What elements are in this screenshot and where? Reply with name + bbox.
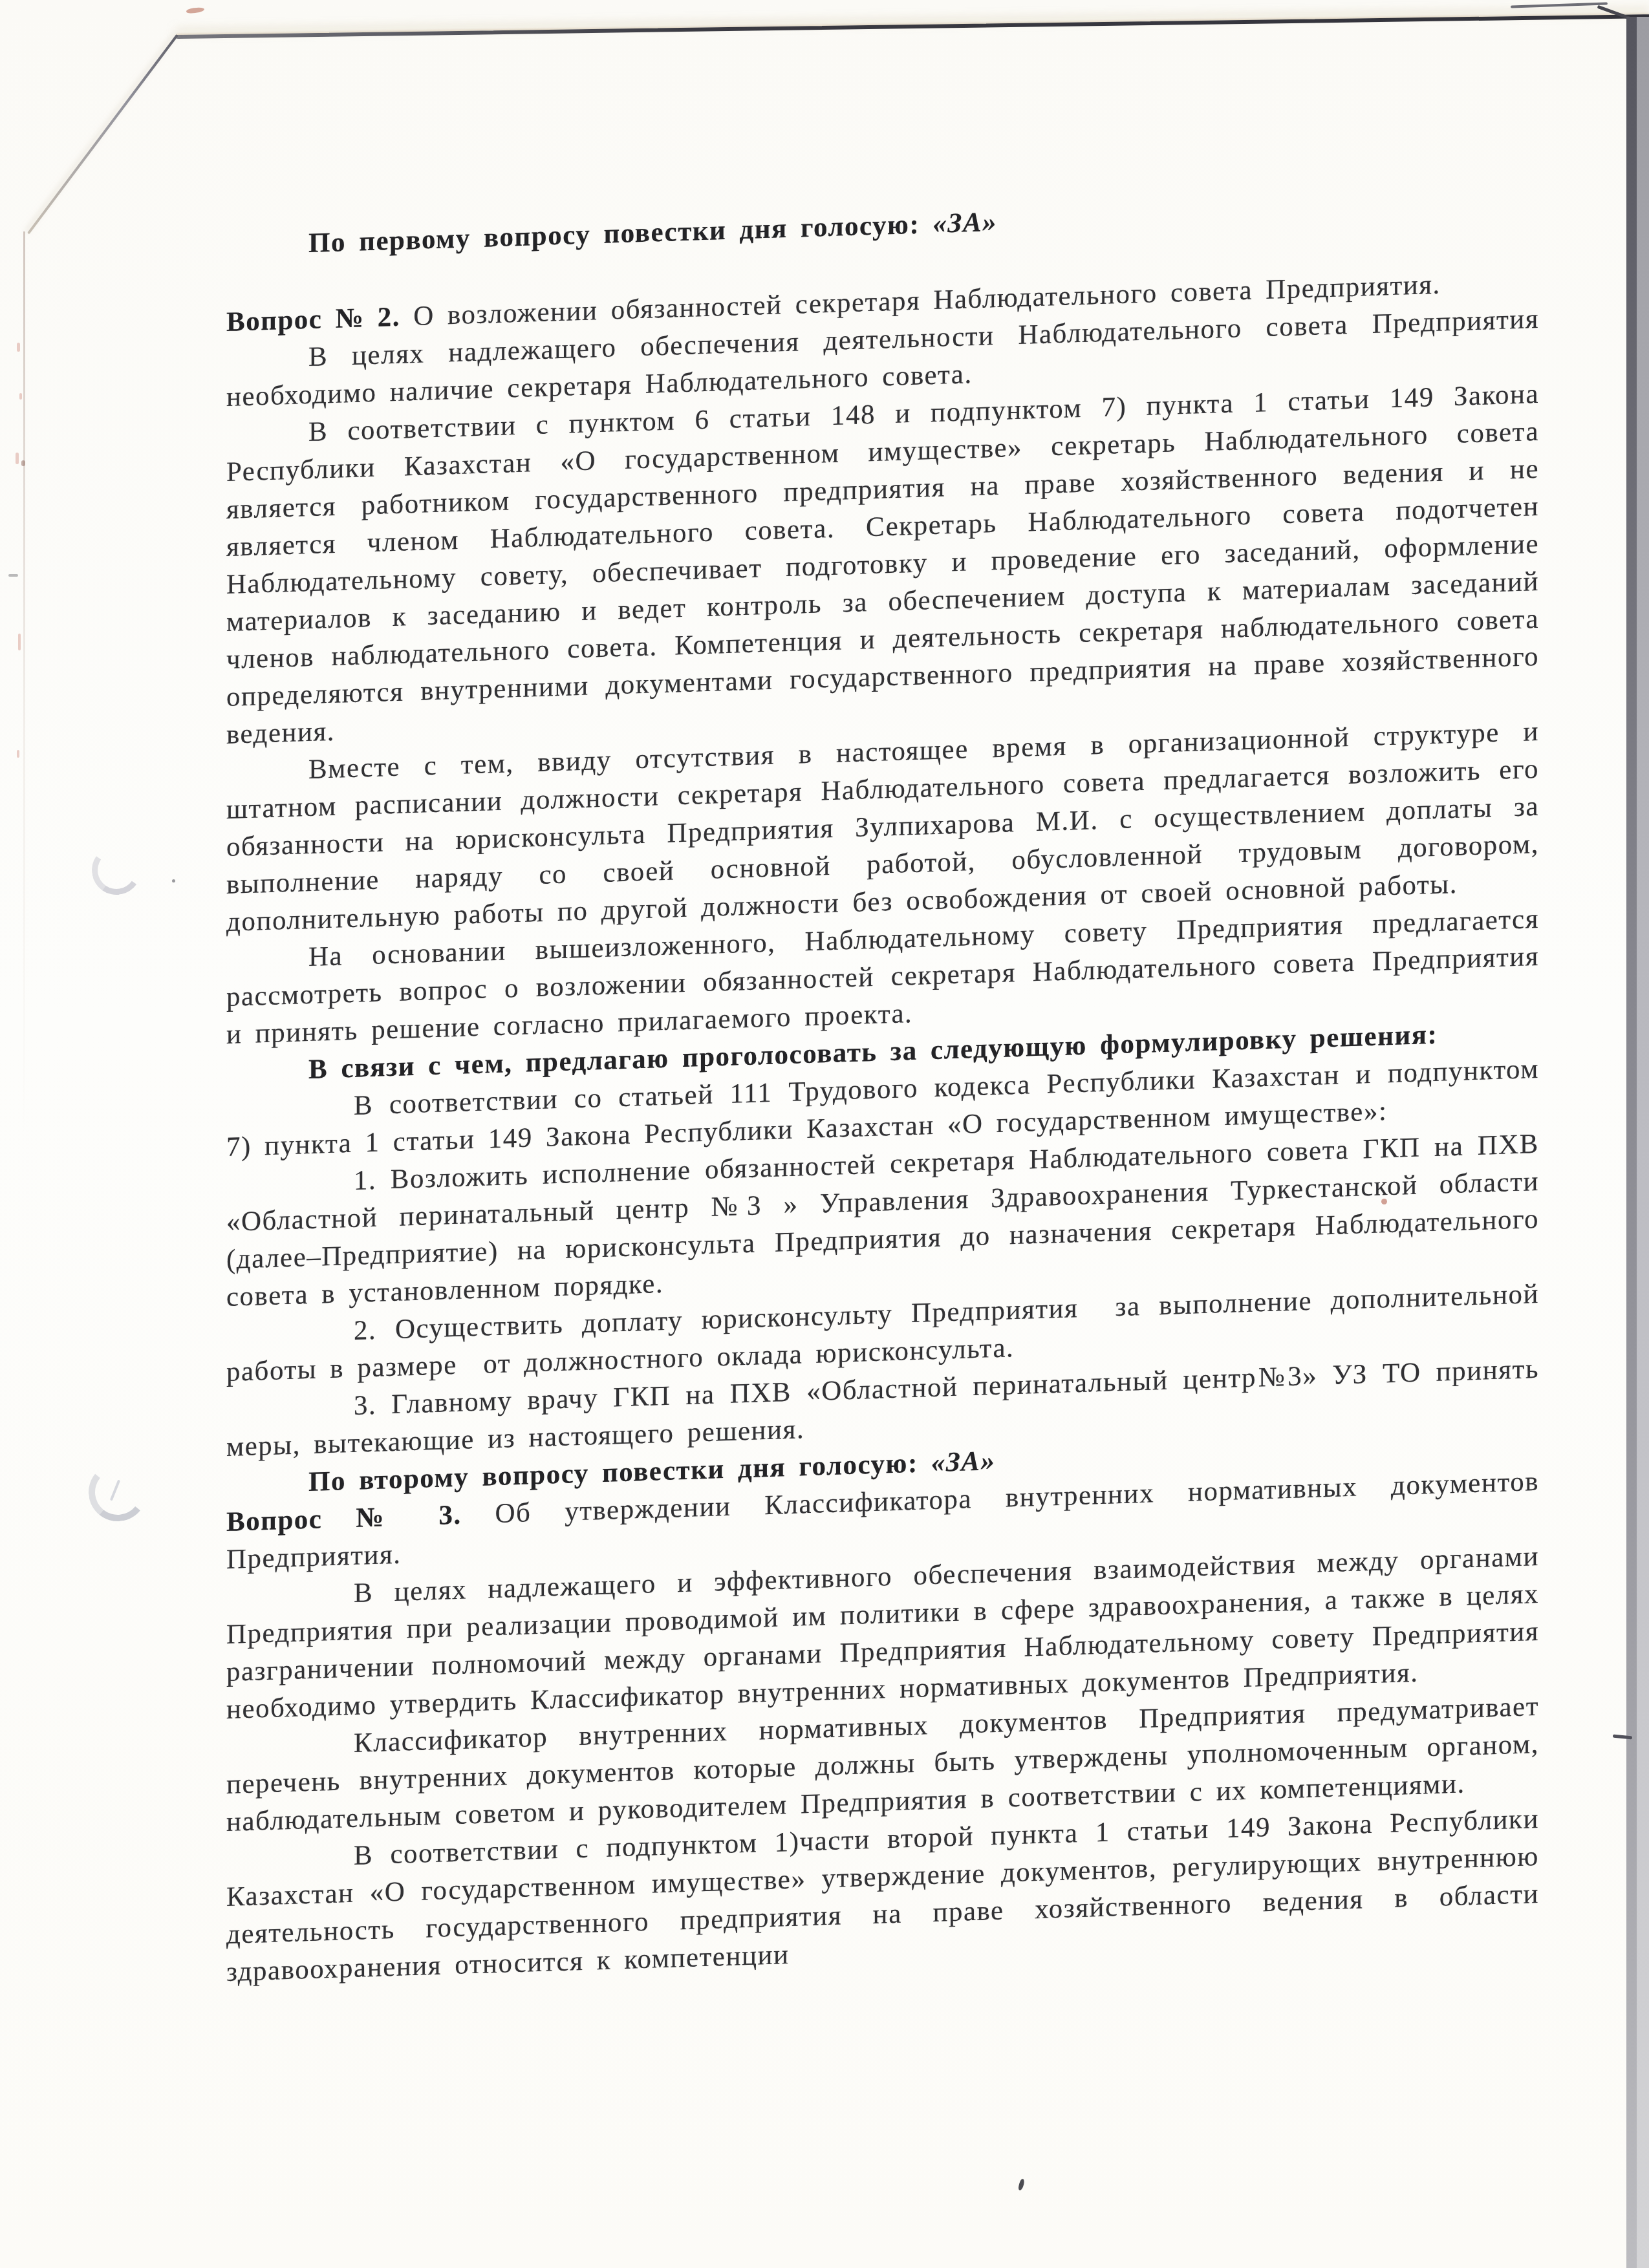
hole-punch-shadow-1 xyxy=(88,842,145,899)
paper-corner-crease-diagonal xyxy=(27,34,178,234)
paper-corner-fold-right xyxy=(1597,5,1649,27)
scanner-shadow-band-dark xyxy=(1626,17,1637,2268)
scanned-document-page: По первому вопросу повестки дня голосую:… xyxy=(0,0,1649,2268)
text-run: По первому вопросу повестки дня голосую: xyxy=(308,209,933,259)
hole-punch-shadow-2 xyxy=(86,1460,150,1524)
vote-statement-1: По первому вопросу повестки дня голосую:… xyxy=(226,187,1539,265)
text-run: В соответствии с пунктом 6 статьи 148 и … xyxy=(226,379,1539,750)
text-run: Вопрос № 3. xyxy=(226,1500,462,1537)
margin-speck xyxy=(21,460,25,466)
margin-speck xyxy=(17,750,19,758)
margin-speck xyxy=(18,634,21,650)
text-run: «ЗА» xyxy=(933,207,998,239)
margin-speck xyxy=(16,453,19,464)
paper-top-edge-line xyxy=(176,14,1649,39)
text-run: «ЗА» xyxy=(931,1446,996,1478)
text-run: Вместе с тем, ввиду отсутствия в настоящ… xyxy=(226,716,1539,937)
scanner-shadow-band-light xyxy=(1637,17,1649,2268)
red-scan-mark-top xyxy=(186,6,205,14)
stray-comma-mark xyxy=(1018,2178,1025,2190)
margin-tick xyxy=(8,574,18,577)
margin-speck xyxy=(19,393,22,400)
paper-left-edge-crease xyxy=(23,231,25,1137)
stray-ink-dash xyxy=(1613,1734,1632,1739)
paper-top-edge-line-upper xyxy=(1511,2,1608,8)
text-run: Вопрос № 2. xyxy=(226,302,400,337)
ink-speck xyxy=(172,879,175,883)
margin-speck xyxy=(17,343,20,352)
paragraph-law-148-149: В соответствии с пунктом 6 статьи 148 и … xyxy=(226,376,1539,754)
hole-punch-shadow-2-notch xyxy=(110,1479,120,1501)
document-text: По первому вопросу повестки дня голосую:… xyxy=(226,187,1539,1991)
